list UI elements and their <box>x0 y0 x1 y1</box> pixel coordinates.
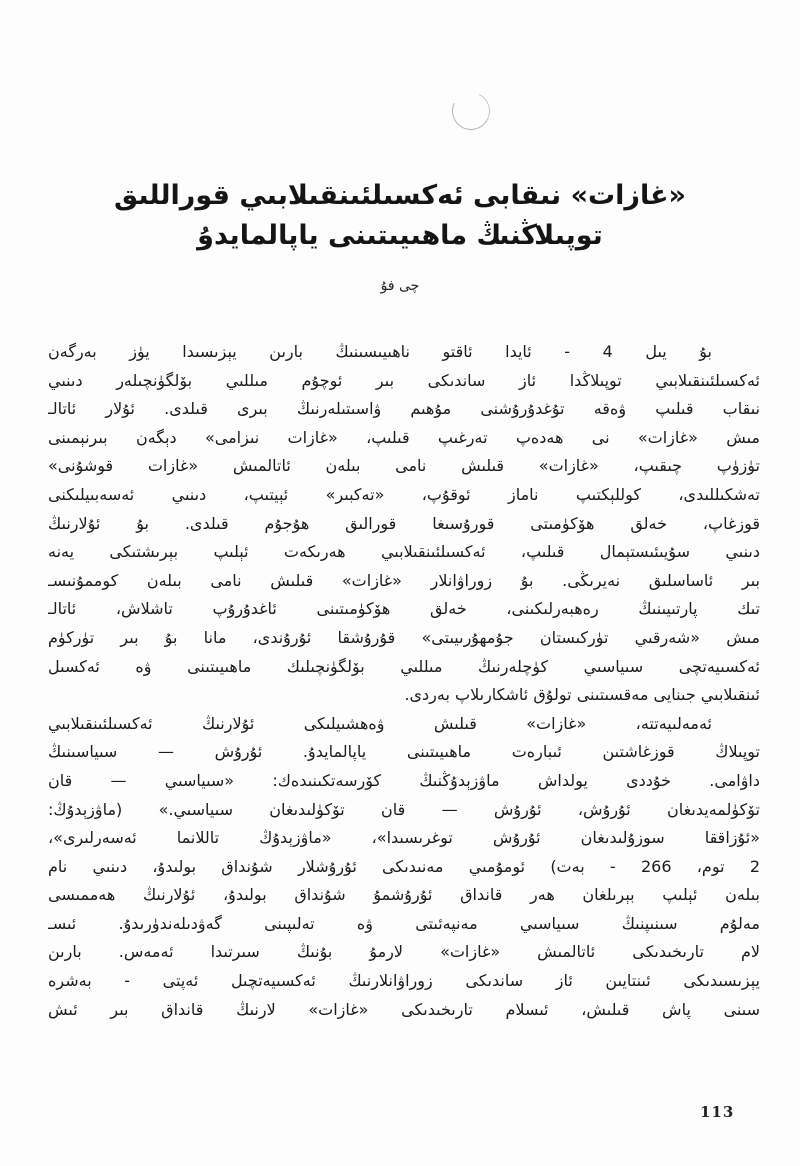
scan-mark-circle <box>447 87 496 136</box>
body-line: مىش «شەرقىي تۈركىستان جۇمھۇرىيىتى» قۇرۇش… <box>48 624 760 653</box>
title-line-2: توپىلاڭنىڭ ماھىيىتىنى ياپالمايدۇ <box>100 216 700 256</box>
body-line: توپىلاڭ قوزغاشتىن ئىبارەت ماھىيىتىنى ياپ… <box>48 738 760 767</box>
body-line: داۋامى. خۇددى يولداش ماۋزېدۇڭنىڭ كۆرسەتك… <box>48 767 760 796</box>
body-line: ئەكسىلئىنقىلابىي توپىلاڭدا ئاز ساندىكى ب… <box>48 367 760 396</box>
page-number: 113 <box>700 1103 740 1121</box>
paragraph-2: ئەمەلىيەتتە، «غازات» قىلىش ۋەھشىيلىكى ئۇ… <box>48 710 760 1025</box>
body-line: قوزغاپ، خەلق ھۆكۈمىتى قورۇسىغا قورالىق ھ… <box>48 510 760 539</box>
body-line: يېزىسىدىكى ئىنتايىن ئاز ساندىكى زوراۋانل… <box>48 967 760 996</box>
title-line-1: «غازات» نىقابى ئەكسىلئىنقىلابىي قوراللىق <box>100 176 700 216</box>
body-line: تۆكۈلمەيدىغان ئۇرۇش، ئۇرۇش — قان تۆكۈلىد… <box>48 796 760 825</box>
body-line: 2 توم، 266 - بەت) ئومۇمىي مەنىدىكى ئۇرۇش… <box>48 853 760 882</box>
body-line: سىنى پاش قىلىش، ئىسلام تارىخىدىكى «غازات… <box>48 996 760 1025</box>
body-line: بىر ئاساسلىق نەيرىڭى. بۇ زوراۋانلار «غاز… <box>48 567 760 596</box>
body-line: تىك پارتىيىنىڭ رەھبەرلىكىنى، خەلق ھۆكۈمى… <box>48 595 760 624</box>
body-line: نىقاب قىلىپ ۋەقە تۇغدۇرۇشنى مۇھىم ۋاسىتى… <box>48 395 760 424</box>
body-line: لام تارىخىدىكى ئاتالمىش «غازات» لارمۇ بۇ… <box>48 938 760 967</box>
body-line: تەشكىللىدى، كوللېكتىپ ناماز ئوقۇپ، «تەكب… <box>48 481 760 510</box>
body-line: تۈزۈپ چىقىپ، «غازات» قىلىش نامى بىلەن ئا… <box>48 452 760 481</box>
article-title: «غازات» نىقابى ئەكسىلئىنقىلابىي قوراللىق… <box>100 176 700 256</box>
author-byline: چى فۇ <box>300 278 500 294</box>
body-line: ئىنقىلابىي جىنايى مەقسىتىنى تولۇق ئاشكار… <box>48 681 760 710</box>
body-line: «ئۇزاققا سوزۇلىدىغان ئۇرۇش توغرىسىدا»، «… <box>48 824 760 853</box>
paragraph-1: بۇ يىل 4 - ئايدا ئاقتو ناھىيىسىنىڭ بارىن… <box>48 338 760 710</box>
body-line: دىنىي سۇيىئىستېمال قىلىپ، ئەكسىلئىنقىلاب… <box>48 538 760 567</box>
body-line: ئەمەلىيەتتە، «غازات» قىلىش ۋەھشىيلىكى ئۇ… <box>48 710 760 739</box>
body-line: مىش «غازات» نى ھەدەپ تەرغىپ قىلىپ، «غازا… <box>48 424 760 453</box>
body-line: مەلۇم سىنىپنىڭ سىياسىي مەنپەئىتى ۋە تەلى… <box>48 910 760 939</box>
body-line: بىلەن ئېلىپ بېرىلغان ھەر قانداق ئۇرۇشمۇ … <box>48 881 760 910</box>
body-line: بۇ يىل 4 - ئايدا ئاقتو ناھىيىسىنىڭ بارىن… <box>48 338 760 367</box>
scanned-page: «غازات» نىقابى ئەكسىلئىنقىلابىي قوراللىق… <box>0 0 800 1166</box>
body-line: ئەكسىيەتچى سىياسىي كۈچلەرنىڭ مىللىي بۆلگ… <box>48 653 760 682</box>
article-body: بۇ يىل 4 - ئايدا ئاقتو ناھىيىسىنىڭ بارىن… <box>48 338 760 1024</box>
